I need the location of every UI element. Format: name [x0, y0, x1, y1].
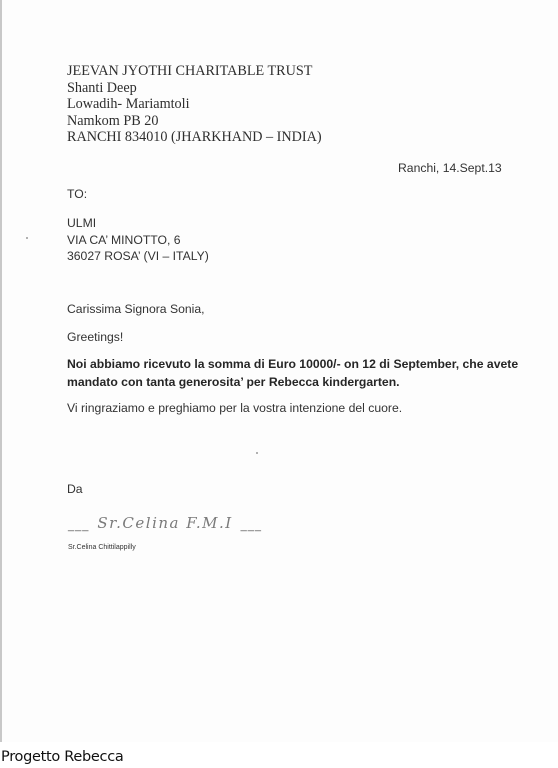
sender-line-postbox: Namkom PB 20 [67, 113, 322, 130]
sender-line-city: RANCHI 834010 (JHARKHAND – INDIA) [67, 129, 322, 146]
salutation: Carissima Signora Sonia, [67, 302, 205, 316]
greeting: Greetings! [67, 330, 123, 344]
signer-name: Sr.Celina Chittilappilly [68, 544, 136, 551]
letter-date: Ranchi, 14.Sept.13 [398, 161, 502, 175]
scan-speck [256, 452, 258, 454]
closing-word: Da [67, 482, 83, 496]
recipient-line-name: ULMI [67, 215, 209, 232]
scan-speck [26, 237, 28, 239]
sender-address: JEEVAN JYOTHI CHARITABLE TRUST Shanti De… [67, 63, 322, 146]
recipient-address: ULMI VIA CA’ MINOTTO, 6 36027 ROSA’ (VI … [67, 215, 209, 265]
signature-row: ___ Sr.Celina F.M.I ___ [68, 510, 262, 532]
to-label: TO: [67, 187, 87, 201]
image-caption: Progetto Rebecca [1, 749, 123, 765]
signature-dash-right: ___ [241, 520, 262, 532]
recipient-line-city: 36027 ROSA’ (VI – ITALY) [67, 248, 209, 265]
sender-line-locality: Lowadih- Mariamtoli [67, 96, 322, 113]
sender-line-name: Shanti Deep [67, 80, 322, 97]
sender-line-org: JEEVAN JYOTHI CHARITABLE TRUST [67, 63, 322, 80]
thanks-paragraph: Vi ringraziamo e preghiamo per la vostra… [67, 401, 402, 415]
signature-dash-left: ___ [68, 520, 89, 532]
scanned-letter-page: JEEVAN JYOTHI CHARITABLE TRUST Shanti De… [0, 0, 558, 742]
handwritten-signature: Sr.Celina F.M.I [97, 514, 232, 532]
recipient-line-street: VIA CA’ MINOTTO, 6 [67, 232, 209, 249]
body-paragraph-bold: Noi abbiamo ricevuto la somma di Euro 10… [67, 355, 527, 391]
